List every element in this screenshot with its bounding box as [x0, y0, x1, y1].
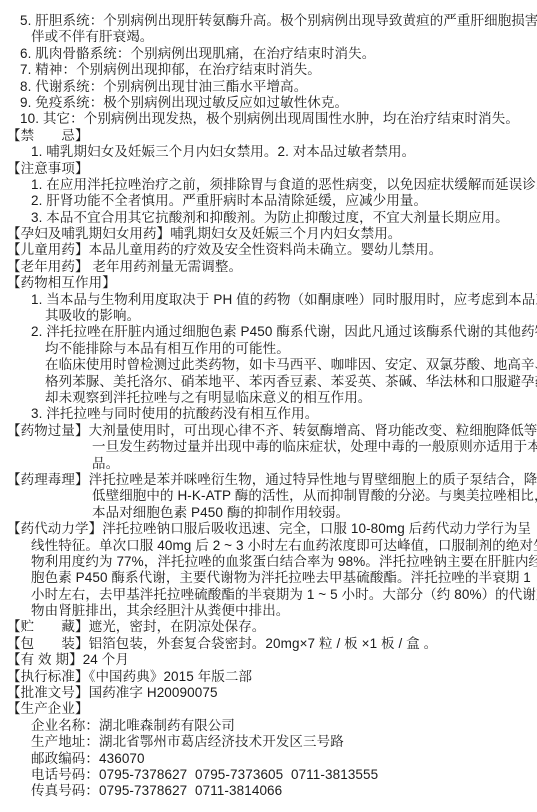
insert-line: 【批准文号】国药准字 H20090075	[7, 685, 537, 701]
insert-line: 线性特征。单次口服 40mg 后 2 ~ 3 小时左右血药浓度即可达峰值，口服制…	[31, 538, 537, 554]
insert-line: 伴或不伴有肝衰竭。	[31, 29, 537, 45]
insert-line: 低壁细胞中的 H-K-ATP 酶的活性，从而抑制胃酸的分泌。与奥美拉唑相比，	[92, 488, 537, 504]
insert-line: 格列苯脲、美托洛尔、硝苯地平、苯丙香豆素、苯妥英、茶碱、华法林和口服避孕药等，	[45, 374, 537, 390]
insert-line: 【孕妇及哺乳期妇女用药】哺乳期妇女及妊娠三个月内妇女禁用。	[7, 226, 537, 242]
insert-line: 【生产企业】	[7, 701, 537, 717]
insert-line: 10. 其它：个别病例出现发热，极个别病例出现周围性水肿，均在治疗结束时消失。	[20, 111, 537, 127]
insert-line: 传真号码：0795-7378627 0711-3814066	[31, 783, 537, 799]
insert-line: 【包 装】铝箔包装，外套复合袋密封。20mg×7 粒 / 板 ×1 板 / 盒 …	[7, 636, 537, 652]
insert-line: 胞色素 P450 酶系代谢，主要代谢物为泮托拉唑去甲基硫酸酯。泮托拉唑的半衰期 …	[31, 570, 537, 586]
insert-line: 1. 在应用泮托拉唑治疗之前，须排除胃与食道的恶性病变，以免因症状缓解而延误诊断…	[31, 177, 537, 193]
insert-line: 1. 哺乳期妇女及妊娠三个月内妇女禁用。2. 对本品过敏者禁用。	[31, 144, 537, 160]
insert-line: 其吸收的影响。	[45, 308, 537, 324]
insert-line: 一旦发生药物过量并出现中毒的临床症状，处理中毒的一般原则亦适用于本	[92, 439, 537, 455]
insert-line: 5. 肝胆系统：个别病例出现肝转氨酶升高。极个别病例出现导致黄疸的严重肝细胞损害…	[20, 13, 537, 29]
insert-line: 【禁 忌】	[7, 128, 537, 144]
insert-line: 2. 肝肾功能不全者慎用。严重肝病时本品清除延缓，应减少用量。	[31, 193, 537, 209]
insert-line: 电话号码：0795-7378627 0795-7373605 0711-3813…	[31, 767, 537, 783]
insert-line: 【药代动力学】泮托拉唑钠口服后吸收迅速、完全，口服 10-80mg 后药代动力学…	[7, 521, 537, 537]
insert-line: 【贮 藏】遮光，密封，在阴凉处保存。	[7, 619, 537, 635]
insert-line: 【药物相互作用】	[7, 275, 537, 291]
insert-line: 本品对细胞色素 P450 酶的抑制作用较弱。	[92, 505, 537, 521]
insert-line: 小时左右，去甲基泮托拉唑硫酸酯的半衰期为 1 ~ 5 小时。大部分（约 80%）…	[31, 587, 537, 603]
insert-line: 3. 泮托拉唑与同时使用的抗酸药没有相互作用。	[31, 406, 537, 422]
insert-line: 物由肾脏排出，其余经胆汁从粪便中排出。	[31, 603, 537, 619]
insert-line: 企业名称：湖北唯森制药有限公司	[31, 718, 537, 734]
package-insert-page: 5. 肝胆系统：个别病例出现肝转氨酶升高。极个别病例出现导致黄疸的严重肝细胞损害…	[0, 0, 537, 812]
insert-line: 1. 当本品与生物利用度取决于 PH 值的药物（如酮康唑）同时服用时，应考虑到本…	[31, 292, 537, 308]
insert-line: 在临床使用时曾检测过此类药物，如卡马西平、咖啡因、安定、双氯芬酸、地高辛、乙醇、	[45, 357, 537, 373]
insert-line: 9. 免疫系统：极个别病例出现过敏反应如过敏性休克。	[20, 95, 537, 111]
insert-line: 均不能排除与本品有相互作用的可能性。	[45, 341, 537, 357]
insert-line: 3. 本品不宜合用其它抗酸剂和抑酸剂。为防止抑酸过度，不宜大剂量长期应用。	[31, 210, 537, 226]
insert-line: 6. 肌肉骨骼系统：个别病例出现肌痛，在治疗结束时消失。	[20, 46, 537, 62]
insert-line: 邮政编码：436070	[31, 751, 537, 767]
insert-text-block: 5. 肝胆系统：个别病例出现肝转氨酶升高。极个别病例出现导致黄疸的严重肝细胞损害…	[0, 13, 537, 800]
insert-line: 【老年用药】 老年用药剂量无需调整。	[7, 259, 537, 275]
insert-line: 【药物过量】大剂量使用时，可出现心律不齐、转氨酶增高、肾功能改变、粒细胞降低等。	[7, 423, 537, 439]
insert-line: 却未观察到泮托拉唑与之有明显临床意义的相互作用。	[45, 390, 537, 406]
insert-line: 生产地址：湖北省鄂州市葛店经济技术开发区三号路	[31, 734, 537, 750]
insert-line: 【执行标准】《中国药典》2015 年版二部	[7, 669, 537, 685]
insert-line: 【注意事项】	[7, 161, 537, 177]
insert-line: 品。	[92, 456, 537, 472]
insert-line: 7. 精神：个别病例出现抑郁，在治疗结束时消失。	[20, 62, 537, 78]
insert-line: 物利用度约为 77%，泮托拉唑的血浆蛋白结合率为 98%。泮托拉唑钠主要在肝脏内…	[31, 554, 537, 570]
insert-line: 【有 效 期】24 个月	[7, 652, 537, 668]
insert-line: 2. 泮托拉唑在肝脏内通过细胞色素 P450 酶系代谢，因此凡通过该酶系代谢的其…	[31, 324, 537, 340]
insert-line: 8. 代谢系统：个别病例出现甘油三酯水平增高。	[20, 79, 537, 95]
insert-line: 【儿童用药】本品儿童用药的疗效及安全性资料尚未确立。婴幼儿禁用。	[7, 242, 537, 258]
insert-line: 【药理毒理】泮托拉唑是苯并咪唑衍生物，通过特异性地与胃壁细胞上的质子泵结合，降	[7, 472, 537, 488]
